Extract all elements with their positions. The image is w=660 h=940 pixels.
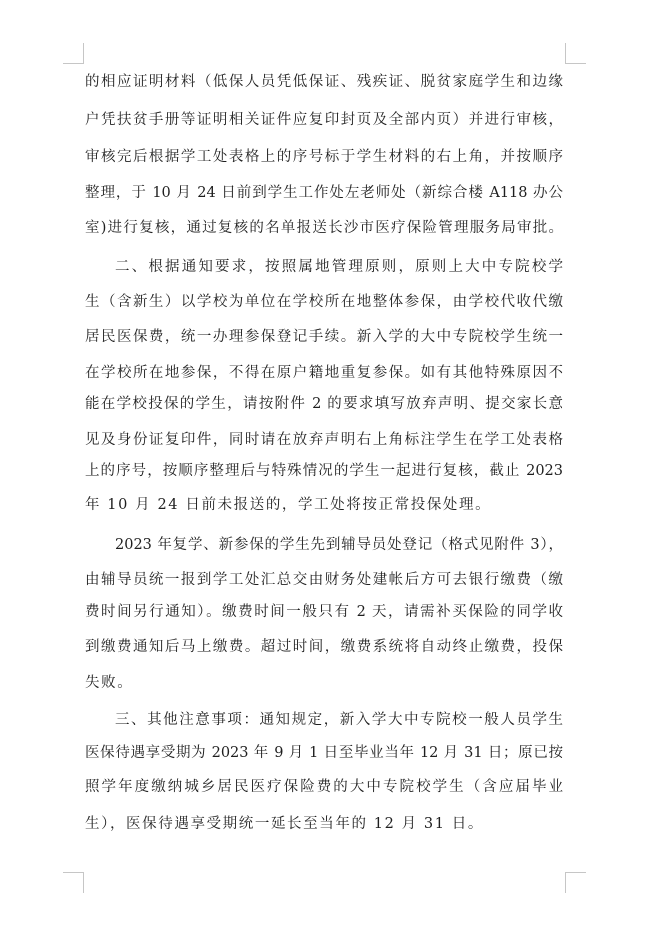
text-line: 费时间另行通知）。缴费时间一般只有 2 天，请需补买保险的同学收 (85, 601, 563, 623)
text-line: 三、其他注意事项：通知规定，新入学大中专院校一般人员学生 (115, 709, 563, 731)
corner-mark-top-left-horizontal (63, 63, 84, 64)
corner-mark-bottom-right-horizontal (565, 872, 586, 873)
text-line: 年 10 月 24 日前未报送的，学工处将按正常投保处理。 (85, 494, 563, 516)
text-line: 生（含新生）以学校为单位在学校所在地整体参保，由学校代收代缴 (85, 291, 563, 313)
text-line: 审核完后根据学工处表格上的序号标于学生材料的右上角，并按顺序 (85, 146, 563, 168)
corner-mark-top-right-vertical (565, 43, 566, 64)
text-line: 居民医保费，统一办理参保登记手续。新入学的大中专院校学生统一 (85, 326, 563, 348)
text-line: 医保待遇享受期为 2023 年 9 月 1 日至毕业当年 12 月 31 日；原… (85, 742, 563, 764)
text-line: 到缴费通知后马上缴费。超过时间，缴费系统将自动终止缴费，投保 (85, 636, 563, 658)
corner-mark-bottom-left-horizontal (63, 872, 84, 873)
corner-mark-bottom-right-vertical (565, 872, 566, 893)
corner-mark-bottom-left-vertical (83, 872, 84, 893)
text-line: 二、根据通知要求，按照属地管理原则，原则上大中专院校学 (115, 256, 563, 278)
text-line: 生），医保待遇享受期统一延长至当年的 12 月 31 日。 (85, 813, 563, 835)
corner-mark-top-right-horizontal (565, 63, 586, 64)
text-line: 上的序号，按顺序整理后与特殊情况的学生一起进行复核，截止 2023 (85, 460, 563, 482)
corner-mark-top-left-vertical (83, 43, 84, 64)
text-line: 整理，于 10 月 24 日前到学生工作处左老师处（新综合楼 A118 办公 (85, 182, 563, 204)
text-line: 见及身份证复印件，同时请在放弃声明右上角标注学生在学工处表格 (85, 429, 563, 451)
text-line: 照学年度缴纳城乡居民医疗保险费的大中专院校学生（含应届毕业 (85, 776, 563, 798)
text-line: 能在学校投保的学生，请按附件 2 的要求填写放弃声明、提交家长意 (85, 393, 563, 415)
text-line: 由辅导员统一报到学工处汇总交由财务处建帐后方可去银行缴费（缴 (85, 569, 563, 591)
text-line: 的相应证明材料（低保人员凭低保证、残疾证、脱贫家庭学生和边缘 (85, 71, 563, 93)
text-line: 在学校所在地参保，不得在原户籍地重复参保。如有其他特殊原因不 (85, 362, 563, 384)
text-line: 室)进行复核，通过复核的名单报送长沙市医疗保险管理服务局审批。 (85, 217, 563, 239)
text-line: 户凭扶贫手册等证明相关证件应复印封页及全部内页）并进行审核， (85, 109, 563, 131)
text-line: 失败。 (85, 672, 563, 694)
text-line: 2023 年复学、新参保的学生先到辅导员处登记（格式见附件 3）， (115, 534, 563, 556)
document-page: 的相应证明材料（低保人员凭低保证、残疾证、脱贫家庭学生和边缘 户凭扶贫手册等证明… (0, 0, 660, 940)
